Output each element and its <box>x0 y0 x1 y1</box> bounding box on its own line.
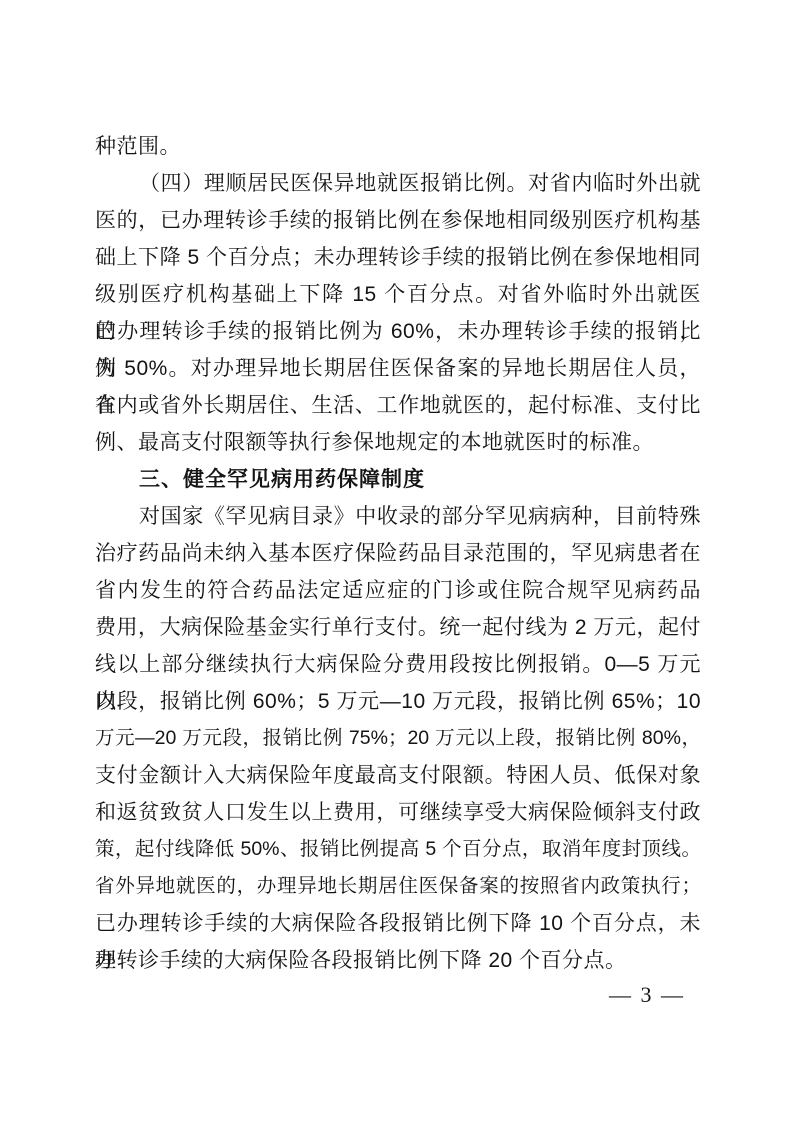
text-line: 医的，已办理转诊手续的报销比例在参保地相同级别医疗机构基 <box>95 202 701 239</box>
text-line: 已办理转诊手续的大病保险各段报销比例下降 10 个百分点，未办 <box>95 905 701 942</box>
text-line: 万元—20 万元段，报销比例 75%；20 万元以上段，报销比例 80%， <box>95 720 701 757</box>
page-number: — 3 — <box>609 980 685 1010</box>
text-line: 治疗药品尚未纳入基本医疗保险药品目录范围的，罕见病患者在 <box>95 535 701 572</box>
text-line: 为 50%。对办理异地长期居住医保备案的异地长期居住人员，在 <box>95 350 701 387</box>
text-line: 线以上部分继续执行大病保险分费用段按比例报销。0—5 万元以 <box>95 646 701 683</box>
text-line: 策，起付线降低 50%、报销比例提高 5 个百分点，取消年度封顶线。 <box>95 831 701 868</box>
text-line: 础上下降 5 个百分点；未办理转诊手续的报销比例在参保地相同 <box>95 239 701 276</box>
text-line: （四）理顺居民医保异地就医报销比例。对省内临时外出就 <box>95 165 701 202</box>
document-page: 种范围。 （四）理顺居民医保异地就医报销比例。对省内临时外出就 医的，已办理转诊… <box>0 0 793 1122</box>
text-line: 省外异地就医的，办理异地长期居住医保备案的按照省内政策执行； <box>95 868 701 905</box>
text-line: 已办理转诊手续的报销比例为 60%，未办理转诊手续的报销比例 <box>95 313 701 350</box>
text-line: 省内或省外长期居住、生活、工作地就医的，起付标准、支付比 <box>95 387 701 424</box>
text-line: 和返贫致贫人口发生以上费用，可继续享受大病保险倾斜支付政 <box>95 794 701 831</box>
text-line: 种范围。 <box>95 128 701 165</box>
text-line: 对国家《罕见病目录》中收录的部分罕见病病种，目前特殊 <box>95 498 701 535</box>
text-block: 种范围。 （四）理顺居民医保异地就医报销比例。对省内临时外出就 医的，已办理转诊… <box>95 128 701 979</box>
text-line: 例、最高支付限额等执行参保地规定的本地就医时的标准。 <box>95 424 701 461</box>
section-heading: 三、健全罕见病用药保障制度 <box>95 461 701 498</box>
text-line: 内段，报销比例 60%；5 万元—10 万元段，报销比例 65%；10 <box>95 683 701 720</box>
text-line: 级别医疗机构基础上下降 15 个百分点。对省外临时外出就医的， <box>95 276 701 313</box>
text-line: 支付金额计入大病保险年度最高支付限额。特困人员、低保对象 <box>95 757 701 794</box>
text-line: 费用，大病保险基金实行单行支付。统一起付线为 2 万元，起付 <box>95 609 701 646</box>
text-line: 省内发生的符合药品法定适应症的门诊或住院合规罕见病药品 <box>95 572 701 609</box>
text-line: 理转诊手续的大病保险各段报销比例下降 20 个百分点。 <box>95 942 701 979</box>
